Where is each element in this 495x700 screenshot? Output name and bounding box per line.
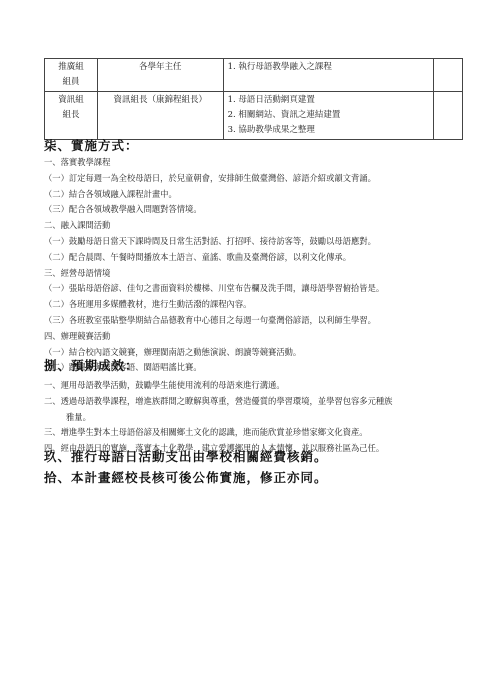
item-heading: 四、辦理競賽活動 — [44, 329, 464, 345]
group-label: 組長 — [49, 108, 93, 123]
note-cell — [434, 59, 463, 92]
list-item: （二）各班運用多媒體教材，進行生動活潑的課程內容。 — [44, 297, 464, 313]
duties-cell: 1. 執行母語教學融入之課程 — [223, 59, 433, 92]
section-budget: 玖、推行母語日活動支出由學校相關經費核銷。 — [44, 447, 464, 467]
duty-item: 2. 相關網站、資訊之連結建置 — [228, 108, 429, 123]
list-item: 三、增進學生對本土母語俗諺及相關鄉土文化的認識，進而能欣賞並珍惜家鄉文化資產。 — [44, 425, 464, 441]
duty-item: 1. 執行母語教學融入之課程 — [228, 60, 429, 75]
duty-item: 1. 母語日活動網頁建置 — [228, 93, 429, 108]
document-page: 推廣組 組員 各學年主任 1. 執行母語教學融入之課程 資訊組 組長 資訊組長（… — [0, 0, 495, 700]
item-heading: 一、落實教學課程 — [44, 155, 464, 171]
list-item: （二）配合晨間、午餐時間播放本土語言、童謠、歌曲及臺灣俗諺，以利文化傳承。 — [44, 250, 464, 266]
person-cell: 資訊組長（康錦程組長） — [97, 92, 223, 140]
item-heading: 二、融入課間活動 — [44, 218, 464, 234]
table-row: 推廣組 組員 各學年主任 1. 執行母語教學融入之課程 — [45, 59, 463, 92]
section-implementation: 柒、實施方式： 一、落實教學課程 （一）訂定每週一為全校母語日，於兒童朝會，安排… — [44, 137, 464, 376]
person-cell: 各學年主任 — [97, 59, 223, 92]
section-statement: 拾、本計畫經校長核可後公佈實施，修正亦同。 — [44, 468, 464, 488]
list-item: （三）配合各領域教學融入問題對答情境。 — [44, 202, 464, 218]
list-item: （一）訂定每週一為全校母語日，於兒童朝會，安排師生做臺灣俗、諺語介紹或韻文背誦。 — [44, 171, 464, 187]
roles-table: 推廣組 組員 各學年主任 1. 執行母語教學融入之課程 資訊組 組長 資訊組長（… — [44, 58, 463, 140]
list-item: （一）張貼母語俗諺、佳句之書面資料於樓梯、川堂布告欄及洗手間，讓母語學習俯拾皆是… — [44, 281, 464, 297]
section-heading: 捌、預期成效： — [44, 357, 464, 375]
list-item: 一、運用母語教學活動，鼓勵學生能使用流利的母語來進行溝通。 — [44, 378, 464, 394]
group-cell: 推廣組 組員 — [45, 59, 98, 92]
duty-item: 3. 協助教學成果之整理 — [228, 123, 429, 138]
item-heading: 三、經營母語情境 — [44, 266, 464, 282]
section-heading: 柒、實施方式： — [44, 137, 464, 155]
section-approval: 拾、本計畫經校長核可後公佈實施，修正亦同。 — [44, 468, 464, 488]
duties-cell: 1. 母語日活動網頁建置 2. 相關網站、資訊之連結建置 3. 協助教學成果之整… — [223, 92, 433, 140]
group-label: 資訊組 — [49, 93, 93, 108]
list-item-continuation: 雅量。 — [44, 410, 464, 426]
group-label: 組員 — [49, 75, 93, 90]
group-label: 推廣組 — [49, 60, 93, 75]
list-item: （二）結合各領域融入課程計畫中。 — [44, 187, 464, 203]
group-cell: 資訊組 組長 — [45, 92, 98, 140]
list-item: （三）各班教室張貼整學期結合品德教育中心德目之每週一句臺灣俗諺語，以利師生學習。 — [44, 313, 464, 329]
note-cell — [434, 92, 463, 140]
table-row: 資訊組 組長 資訊組長（康錦程組長） 1. 母語日活動網頁建置 2. 相關網站、… — [45, 92, 463, 140]
section-statement: 玖、推行母語日活動支出由學校相關經費核銷。 — [44, 447, 464, 467]
list-item: （一）鼓勵母語日當天下課時間及日常生活對話、打招呼、接待訪客等，鼓勵以母語應對。 — [44, 234, 464, 250]
list-item: 二、透過母語教學課程，增進族群間之瞭解與尊重，營造優質的學習環境，並學習包容多元… — [44, 394, 464, 410]
section-expected-results: 捌、預期成效： 一、運用母語教學活動，鼓勵學生能使用流利的母語來進行溝通。 二、… — [44, 357, 464, 457]
